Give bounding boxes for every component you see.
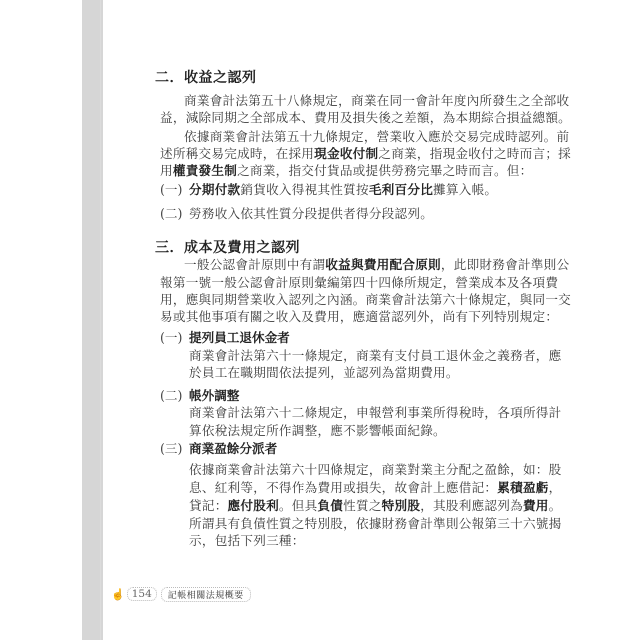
paragraph-line: 示，包括下列三種：	[189, 532, 305, 549]
keyword-accrual-basis: 權責發生制	[173, 163, 237, 178]
text-span: ，其股利應認列為	[420, 498, 523, 513]
keyword-preferred-stock: 特別股	[382, 498, 421, 513]
page-number: 154	[127, 587, 157, 601]
text-span: 一般公認會計原則中有謂	[184, 257, 325, 272]
paragraph-line: 於員工在職期間依法提列，並認列為當期費用。	[189, 364, 459, 381]
list-item-label: (一)	[160, 329, 182, 346]
keyword-accumulated-profit-loss: 累積盈虧	[497, 480, 548, 495]
paragraph-line: 依據商業會計法第五十九條規定，營業收入應於交易完成時認列。前	[184, 128, 569, 145]
text-span: 銷貨收入得視其性質按	[240, 182, 368, 197]
text-span: 用	[160, 163, 173, 178]
paragraph-line: 貸記：應付股利。但具負債性質之特別股，其股利應認列為費用。	[189, 497, 561, 514]
list-item-title: 帳外調整	[189, 387, 239, 404]
paragraph-line: 用，應與同期營業收入認列之內涵。商業會計法第六十條規定，與同一交	[160, 291, 571, 308]
keyword-liability: 負債	[317, 498, 343, 513]
text-span: 。但具	[279, 498, 318, 513]
list-item-label: (一)	[160, 181, 182, 198]
keyword-cash-basis: 現金收付制	[314, 146, 378, 161]
paragraph-line: 用權責發生制之商業，指交付貨品或提供勞務完畢之時而言。但：	[160, 162, 532, 179]
paragraph-line: 益，減除同期之全部成本、費用及損失後之差額，為本期綜合損益總額。	[160, 109, 571, 126]
paragraph-line: 商業會計法第六十一條規定，商業有支付員工退休金之義務者，應	[189, 347, 561, 364]
paragraph-line: 息、紅利等，不得作為費用或損失，故會計上應借記：累積盈虧，	[189, 479, 561, 496]
text-span: 貸記：	[189, 498, 228, 513]
paragraph-line: 述所稱交易完成時，在採用現金收付制之商業，指現金收付之時而言；採	[160, 145, 571, 162]
text-span: 述所稱交易完成時，在採用	[160, 146, 314, 161]
paragraph-line: 商業會計法第六十二條規定，申報營利事業所得稅時，各項所得計	[189, 404, 561, 421]
list-item: 勞務收入依其性質分段提供者得分段認列。	[189, 205, 433, 222]
keyword-expense: 費用	[523, 498, 549, 513]
section-heading-cost-expense-recognition: 三．成本及費用之認列	[155, 239, 300, 257]
keyword-gross-profit-percentage: 毛利百分比	[369, 182, 433, 197]
hand-pointer-icon: ☝	[111, 588, 125, 601]
keyword-installment: 分期付款	[189, 182, 240, 197]
list-item-label: (二)	[160, 205, 182, 222]
running-title: 記帳相關法規概要	[161, 587, 251, 602]
book-page: 二．收益之認列 商業會計法第五十八條規定，商業在同一會計年度內所發生之全部收 益…	[0, 0, 640, 640]
text-span: 攤算入帳。	[433, 182, 497, 197]
paragraph-line: 所謂具有負債性質之特別股，依據財務會計準則公報第三十六號揭	[189, 515, 561, 532]
keyword-dividends-payable: 應付股利	[228, 498, 279, 513]
list-item-title: 商業盈餘分派者	[189, 440, 277, 457]
paragraph-line: 算依稅法規定所作調整，應不影響帳面紀錄。	[189, 422, 446, 439]
list-item-title: 提列員工退休金者	[189, 329, 290, 346]
paragraph-line: 易或其他事項有關之收入及費用，應適當認列外，尚有下列特別規定：	[160, 308, 558, 325]
keyword-matching-principle: 收益與費用配合原則	[325, 257, 441, 272]
paragraph-line: 商業會計法第五十八條規定，商業在同一會計年度內所發生之全部收	[184, 92, 569, 109]
paragraph-line: 一般公認會計原則中有謂收益與費用配合原則，此即財務會計準則公	[184, 256, 569, 273]
paragraph-line: 依據商業會計法第六十四條規定，商業對業主分配之盈餘，如：股	[189, 461, 561, 478]
paragraph-line: 報第一號一般公認會計原則彙編第四十四條所規定，營業成本及各項費	[160, 274, 558, 291]
section-heading-revenue-recognition: 二．收益之認列	[155, 69, 257, 87]
list-item-label: (二)	[160, 387, 182, 404]
text-span: 息、紅利等，不得作為費用或損失，故會計上應借記：	[189, 480, 497, 495]
text-span: 性質之	[343, 498, 382, 513]
text-span: 之商業，指交付貨品或提供勞務完畢之時而言。但：	[237, 163, 532, 178]
page-footer: ☝ 154 記帳相關法規概要	[111, 586, 251, 602]
text-span: ，	[549, 480, 562, 495]
list-item-label: (三)	[160, 440, 182, 457]
text-span: 之商業，指現金收付之時而言；採	[378, 146, 571, 161]
text-span: 。	[549, 498, 562, 513]
text-span: ，此即財務會計準則公	[441, 257, 569, 272]
list-item: 分期付款銷貨收入得視其性質按毛利百分比攤算入帳。	[189, 181, 497, 198]
